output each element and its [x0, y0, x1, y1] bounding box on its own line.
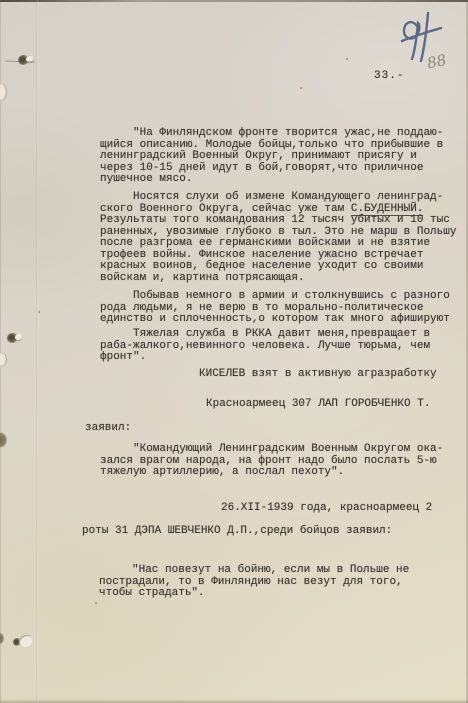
paragraph-quote-3: Побывав немного в армии и столкнувшись с…	[100, 291, 450, 326]
company-line: роты 31 ДЭПА ШЕВЧЕНКО Д.П.,среди бойцов …	[82, 526, 392, 538]
scan-edge-left	[0, 0, 1, 703]
date-line: 26.XII-1939 года, красноармеец 2	[221, 503, 432, 515]
document-page: 88 33.- "На Финляндском фронте творится …	[0, 0, 468, 703]
ink-cross-stroke	[402, 28, 441, 41]
paragraph-quote-6: "Нас повезут на бойню, если мы в Польше …	[99, 565, 409, 600]
speck	[346, 58, 348, 60]
soldier-intro-line: Красноармеец 307 ЛАП ГОРОБЧЕНКО Т.	[206, 399, 430, 411]
punch-hole-bottom	[13, 634, 31, 649]
paragraph-quote-1: "На Финляндском фронте творится ужас,не …	[100, 128, 443, 186]
handwritten-ink-mark: 88	[395, 5, 468, 70]
scan-edge-bottom	[0, 699, 468, 703]
paragraph-quote-4: Тяжелая служба в РККА давит меня,превращ…	[100, 329, 430, 364]
kiselev-note-line: КИСЕЛЕВ взят в активную агразработку	[199, 369, 437, 381]
edge-dark-spot-bottom	[0, 632, 4, 645]
paragraph-quote-5: "Командующий Ленинградским Военным Округ…	[100, 444, 443, 479]
scan-edge-top	[0, 0, 468, 2]
paragraph-quote-2: Носятся слухи об измене Командующего лен…	[100, 192, 456, 284]
fold-line	[36, 0, 37, 703]
declared-label: заявил:	[85, 423, 131, 435]
edge-tear-middle	[0, 353, 7, 366]
speck	[300, 87, 302, 89]
paragraph-quote-2-rest: Результаты того командования 12 тысяч уб…	[100, 214, 456, 284]
speck	[38, 311, 40, 313]
edge-dark-spot	[0, 432, 7, 448]
speck	[95, 602, 97, 604]
edge-tear-upper	[0, 84, 7, 100]
pencil-number-text: 88	[426, 51, 448, 70]
page-number: 33.-	[374, 70, 404, 82]
punch-hole-middle	[5, 331, 23, 346]
